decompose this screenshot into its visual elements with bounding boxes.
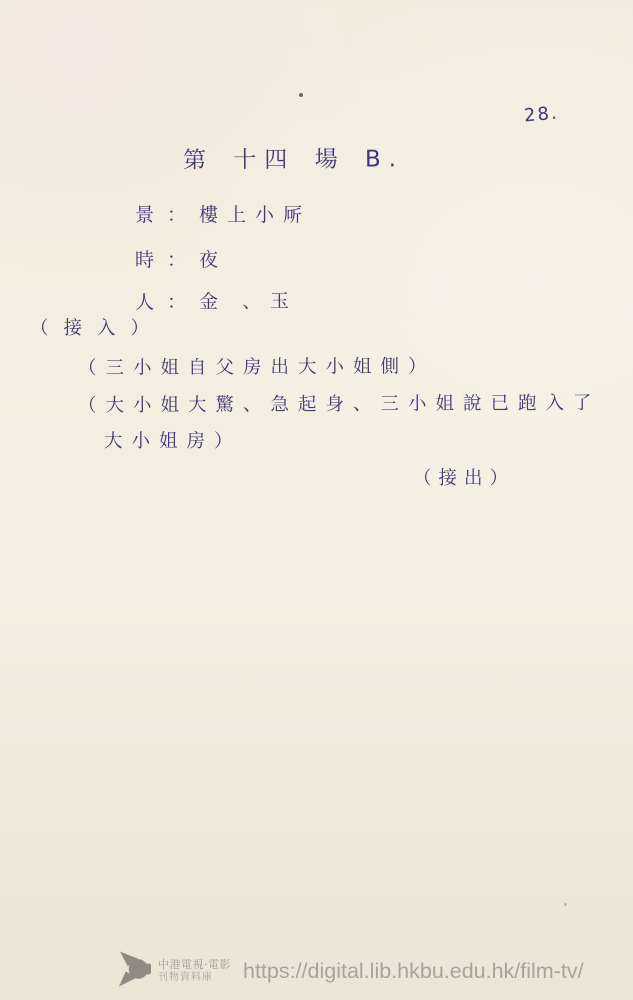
direction-line-2b: 大小姐房） <box>104 427 242 453</box>
scanned-script-page: 28. 第 十四 場 B. 景 ： 樓上小厛 時 ： 夜 人 ： 金 、玉 （接… <box>0 0 633 1000</box>
scene-cast-colon: ： <box>167 287 186 314</box>
scene-time-label: 時 <box>135 245 154 272</box>
watermark-logo-text: 中港電視·電影 刊物資料庫 <box>158 958 231 984</box>
scene-cast-line: 人 ： 金 、玉 <box>135 286 298 314</box>
paper-speck <box>299 93 303 97</box>
scene-location-value: 樓上小厛 <box>199 200 311 227</box>
watermark-url: https://digital.lib.hkbu.edu.hk/film-tv/ <box>243 959 584 984</box>
paper-speck <box>564 903 567 906</box>
library-watermark: 中港電視·電影 刊物資料庫 https://digital.lib.hkbu.e… <box>118 950 584 992</box>
direction-line-2a: （大小姐大驚、急起身、三小姐說已跑入了 <box>78 389 601 418</box>
scene-cast-label: 人 <box>135 288 154 315</box>
direction-line-1: （三小姐自父房出大小姐側） <box>78 352 436 380</box>
scene-cast-value: 金 、玉 <box>199 286 298 314</box>
scene-location-colon: ： <box>167 200 186 227</box>
scene-location-label: 景 <box>135 200 154 227</box>
scene-location-line: 景 ： 樓上小厛 <box>135 200 311 227</box>
film-camera-logo-icon <box>118 950 151 992</box>
scene-title: 第 十四 場 B. <box>183 140 404 175</box>
page-number: 28. <box>523 103 559 127</box>
scene-time-colon: ： <box>167 245 186 272</box>
scene-time-line: 時 ： 夜 <box>135 245 227 272</box>
direction-cut-out: （接出） <box>413 464 515 490</box>
direction-cut-in: （接入） <box>30 314 164 340</box>
watermark-logo-line1: 中港電視·電影 <box>158 958 231 972</box>
watermark-logo-line2: 刊物資料庫 <box>158 972 231 985</box>
scene-time-value: 夜 <box>199 245 227 272</box>
